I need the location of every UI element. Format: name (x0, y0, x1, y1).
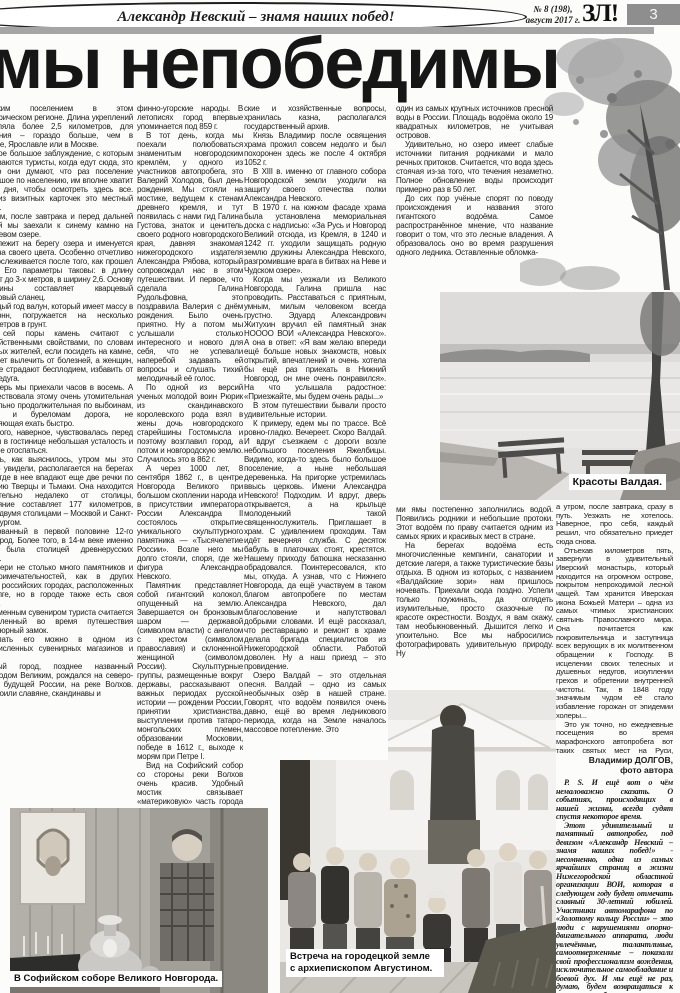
valdai-photo-caption: Красоты Валдая. (569, 474, 666, 490)
paragraph: Отъехав километров пять, завернули в уди… (556, 547, 673, 721)
paragraph: ми ямы постепенно заполнились водой. Поя… (396, 505, 553, 541)
paragraph: В этом путешествии бывали просто удивите… (244, 401, 386, 419)
paragraph: В тот день, когда мы поехали полюбоватьс… (137, 131, 243, 383)
sofia-photo-caption: В Софийском соборе Великого Новгорода. (10, 971, 222, 987)
paragraph: В XIII в. именно от главного собора Новг… (244, 167, 386, 203)
byline-author: Владимир ДОЛГОВ, (556, 755, 673, 765)
paragraph: Самое большое заблуждение, с которым ста… (0, 149, 133, 212)
gorodets-caption-line2: с архиепископом Августином. (290, 963, 440, 975)
issue-number: № 8 (198), (523, 4, 583, 15)
paragraph: Удивительно, но озеро имеет слабые источ… (396, 140, 553, 194)
lake-illustration (440, 292, 680, 500)
issue-info: № 8 (198), август 2017 г. (523, 4, 583, 26)
paragraph: В Тверь мы приехали часов в восемь. А пр… (0, 383, 133, 428)
paragraph: финно-угорские народы. В летописях город… (137, 104, 243, 131)
column-5-text: а утром, после завтрака, сразу в путь. У… (556, 503, 673, 755)
column-1: городским поселением в этом географическ… (0, 104, 133, 806)
paragraph: Сделать его можно в одном из многочислен… (0, 635, 133, 662)
masthead-slogan: Александр Невский – знамя наших побед! (77, 9, 394, 26)
paragraph: Князь Владимир после освящения храма про… (244, 131, 386, 167)
cathedral-interior-illustration (10, 808, 268, 993)
paragraph: В Твери не столько много памятников и до… (0, 563, 133, 608)
paragraph: Когда мы уезжали из Великого Новгорода, … (244, 275, 386, 401)
newspaper-page: Александр Невский – знамя наших побед! №… (0, 0, 680, 993)
paragraph: городским поселением в этом географическ… (0, 104, 133, 149)
paragraph: Это уж точно, но ежедневные посещения во… (556, 721, 673, 755)
paragraph: Этот удивительный и памятный автопробег,… (556, 822, 673, 993)
column-1-text: городским поселением в этом географическ… (0, 104, 133, 698)
paragraph: Каждый год валун, который имеет массу в … (0, 302, 133, 329)
paragraph: А через 1000 лет, 8 сентября 1862 г., в … (137, 464, 243, 581)
byline-photo-credit: фото автора (556, 765, 673, 775)
paragraph: До сих пор учёные спорят по поводу проис… (396, 194, 553, 257)
postscript-block: P. S. И ещё вот о чём немаловажно сказат… (556, 779, 673, 993)
paragraph: Памятник представляет собой гигантский к… (137, 581, 243, 761)
paragraph: Озеро Валдай – это отдельная песня. Валд… (244, 671, 386, 734)
valdai-lake-photo: Красоты Валдая. (440, 292, 680, 500)
paragraph: Он лежит на берегу озера и именуется так… (0, 239, 133, 302)
column-2: финно-угорские народы. В летописях город… (137, 104, 243, 806)
paragraph: В 1970 г. на южном фасаде храма была уст… (244, 203, 386, 275)
paragraph: Тверь, как выяснилось, утром мы это вооч… (0, 455, 133, 527)
column-3: ские и хозяйственные вопросы, хранилась … (244, 104, 386, 746)
paragraph: Вид на Софийский собор со стороны реки В… (137, 761, 243, 806)
paragraph: а утром, после завтрака, сразу в путь. У… (556, 503, 673, 547)
paragraph: До сей поры камень считают с чудодействе… (0, 329, 133, 383)
column-4-upper: один из самых крупных источников пресной… (396, 104, 553, 292)
paragraph: К примеру, едем мы по трассе. Всё ровно-… (244, 419, 386, 671)
newspaper-logo: ЗЛ! (582, 0, 618, 28)
paragraph: На берегах водоёма есть многочисленные к… (396, 541, 553, 658)
paragraph: ские и хозяйственные вопросы, хранилась … (244, 104, 386, 131)
paragraph: Утром, после завтрака и перед дальней до… (0, 212, 133, 239)
paragraph: По одной из версий ученых молодой воин Р… (137, 383, 243, 464)
column-4-lower: ми ямы постепенно заполнились водой. Поя… (396, 505, 553, 685)
page-number: 3 (627, 4, 680, 25)
paragraph: Основанный в первой половине 12-го века … (0, 527, 133, 563)
paragraph: Фирменным сувениром туриста считается из… (0, 608, 133, 635)
sofia-cathedral-photo: В Софийском соборе Великого Новгорода. (10, 808, 268, 993)
gorodets-caption-line1: Встреча на городецкой земле (290, 951, 440, 963)
gorodets-photo-caption: Встреча на городецкой земле с архиеписко… (286, 949, 444, 977)
headline: мы непобедимы (0, 28, 559, 100)
paragraph: Новый город, позднее названный Новгородо… (0, 662, 133, 698)
paragraph: один из самых крупных источников пресной… (396, 104, 553, 140)
paragraph: P. S. И ещё вот о чём немаловажно сказат… (556, 779, 673, 822)
column-5: а утром, после завтрака, сразу в путь. У… (556, 503, 673, 993)
paragraph: От того, наверное, чувствовалась перед у… (0, 428, 133, 455)
